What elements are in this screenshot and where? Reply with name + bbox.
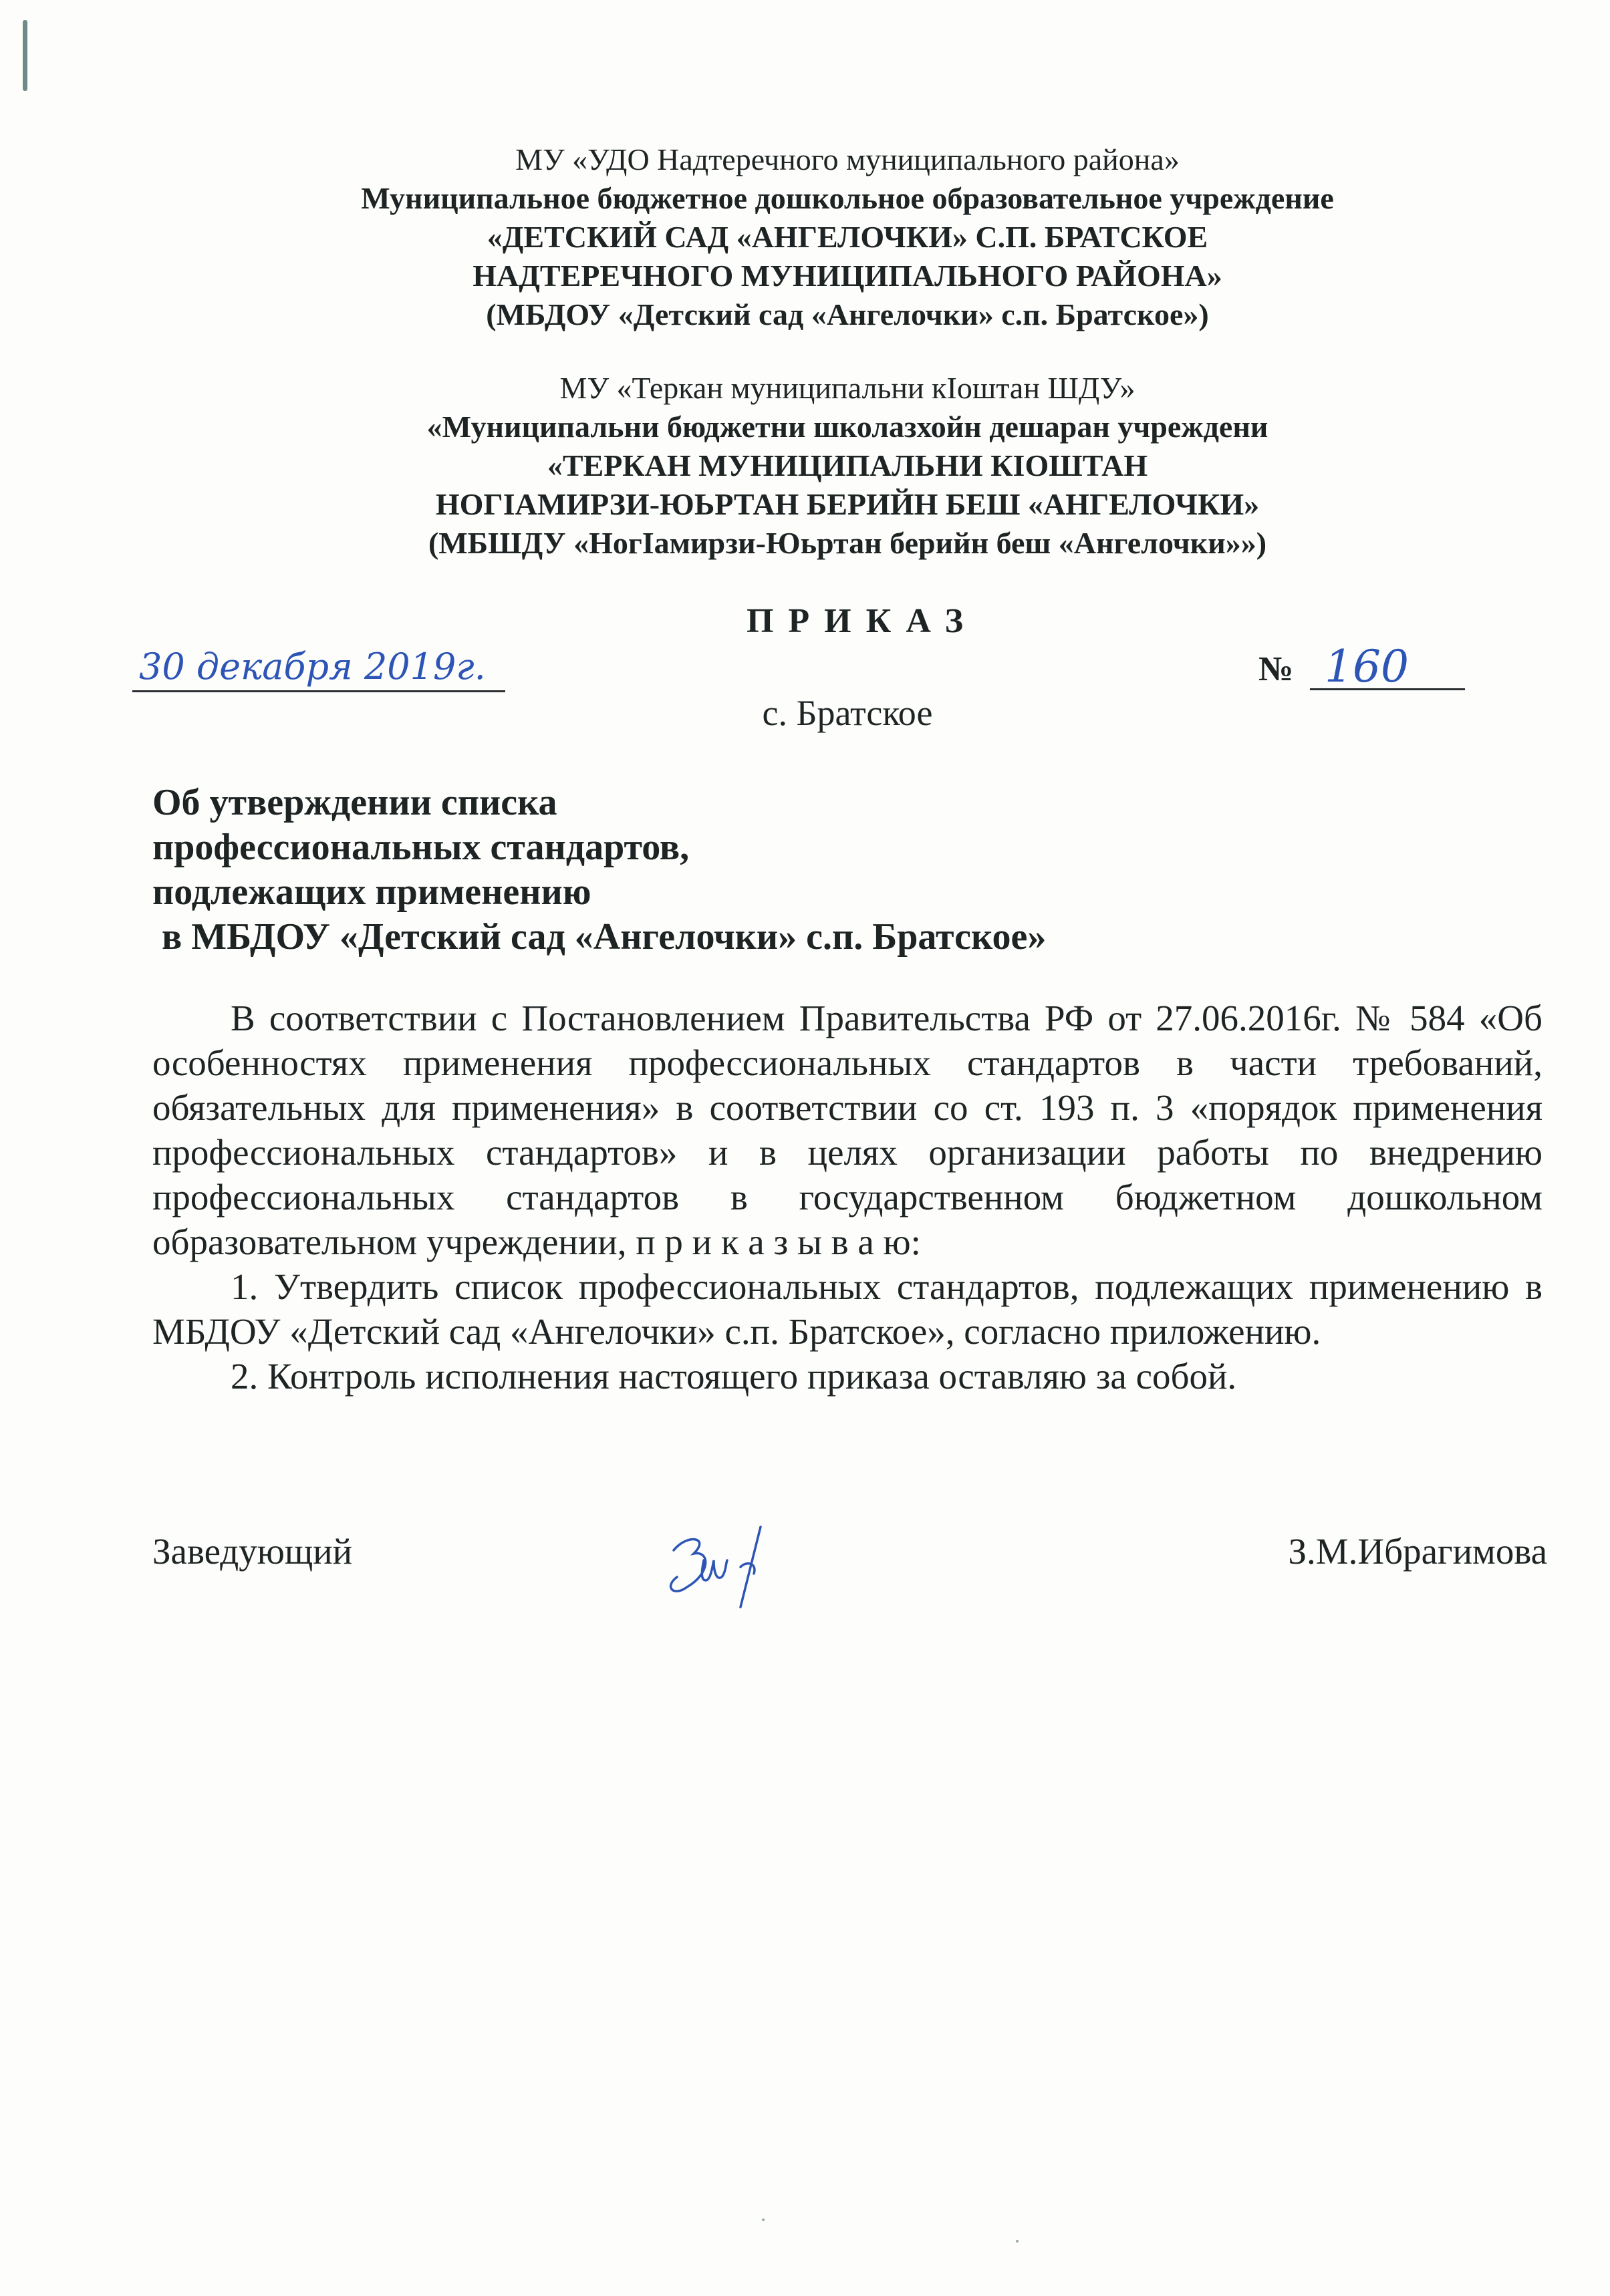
scan-speck [762, 2218, 765, 2221]
header-ce-line-4: НОГIАМИРЗИ-ЮЬРТАН БЕРИЙН БЕШ «АНГЕЛОЧКИ» [152, 485, 1542, 524]
header-ru-line-1: МУ «УДО Надтеречного муниципального райо… [152, 140, 1542, 179]
body-item-2: 2. Контроль исполнения настоящего приказ… [152, 1354, 1542, 1399]
signatory-role: Заведующий [152, 1530, 352, 1572]
body-preamble: В соответствии с Постановлением Правител… [152, 996, 1542, 1264]
order-date-field: 30 декабря 2019г. [132, 641, 505, 695]
order-number-handwritten: 160 [1325, 641, 1409, 692]
order-place: с. Братское [152, 692, 1542, 734]
order-title: Об утверждении списка профессиональных с… [152, 780, 1046, 960]
number-underline [1310, 688, 1465, 690]
header-ru-line-2: Муниципальное бюджетное дошкольное образ… [152, 179, 1542, 218]
scan-artifact-mark [23, 20, 27, 91]
signatory-name: З.М.Ибрагимова [1288, 1530, 1547, 1572]
header-ru-line-5: (МБДОУ «Детский сад «Ангелочки» с.п. Бра… [152, 295, 1542, 334]
header-ce-line-5: (МБШДУ «НогIамирзи-Юьртан берийн беш «Ан… [152, 524, 1542, 563]
title-line-4: в МБДОУ «Детский сад «Ангелочки» с.п. Бр… [152, 915, 1046, 960]
title-line-2: профессиональных стандартов, [152, 825, 1046, 870]
header-ce-line-1: МУ «Теркан муниципальни кIоштан ШДУ» [152, 369, 1542, 408]
header-ru-line-4: НАДТЕРЕЧНОГО МУНИЦИПАЛЬНОГО РАЙОНА» [152, 257, 1542, 295]
header-ce-line-2: «Муниципальни бюджетни школазхойн дешара… [152, 408, 1542, 446]
order-date-handwritten: 30 декабря 2019г. [139, 645, 486, 688]
order-number-label: № [1258, 650, 1293, 689]
title-line-3: подлежащих применению [152, 870, 1046, 915]
order-body: В соответствии с Постановлением Правител… [152, 996, 1542, 1399]
body-item-1: 1. Утвердить список профессиональных ста… [152, 1264, 1542, 1354]
order-heading: ПРИКАЗ [152, 601, 1557, 641]
scan-speck [1016, 2240, 1019, 2243]
handwritten-signature-icon [647, 1514, 847, 1614]
order-number-field: 160 [1310, 638, 1465, 693]
signature-row: Заведующий З.М.Ибрагимова [152, 1530, 1547, 1624]
title-line-1: Об утверждении списка [152, 780, 1046, 825]
header-ru-line-3: «ДЕТСКИЙ САД «АНГЕЛОЧКИ» С.П. БРАТСКОЕ [152, 218, 1542, 257]
header-ce-line-3: «ТЕРКАН МУНИЦИПАЛЬНИ КIОШТАН [152, 446, 1542, 485]
